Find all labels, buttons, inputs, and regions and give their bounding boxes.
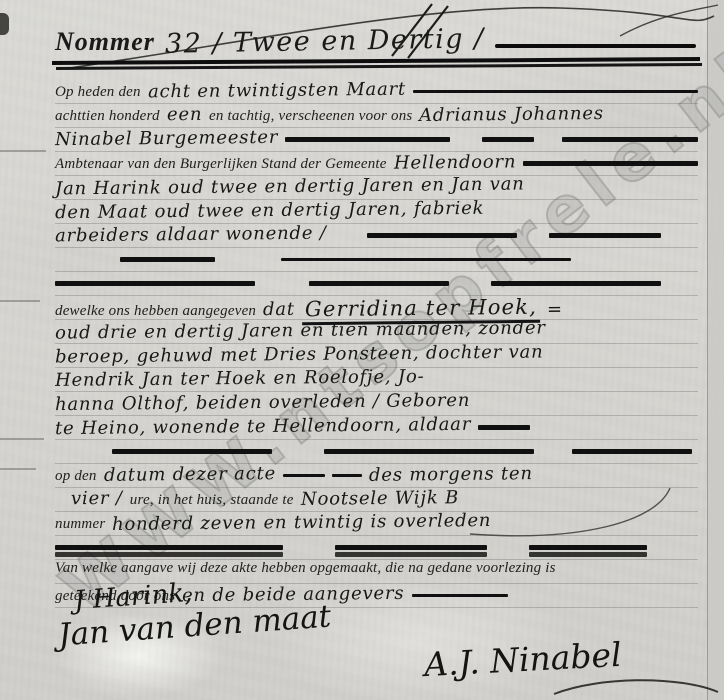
handwritten-text: Ninabel Burgemeester bbox=[55, 127, 278, 150]
handwritten-text: hanna Olthof, beiden overleden / Geboren bbox=[55, 390, 470, 415]
spacer bbox=[334, 239, 360, 240]
fill-in-rule bbox=[55, 281, 255, 286]
printed-text: Ambtenaar van den Burgerlijken Stand der… bbox=[55, 156, 387, 173]
fill-in-rule bbox=[482, 137, 534, 142]
handwritten-text: arbeiders aldaar wonende / bbox=[55, 223, 327, 247]
line-deceased-name: dewelke ons hebben aangegevendatGerridin… bbox=[55, 296, 698, 320]
line-filler-rules bbox=[55, 440, 698, 464]
signature: A.J. Ninabel bbox=[423, 635, 622, 684]
handwritten-text: honderd zeven en twintig is overleden bbox=[112, 510, 491, 535]
line-deceased-residence: te Heino, wonende te Hellendoorn, aldaar bbox=[55, 416, 698, 440]
separator-rule bbox=[52, 57, 700, 65]
margin-rule bbox=[0, 150, 46, 152]
printed-text: nummer bbox=[55, 516, 105, 533]
margin-rule bbox=[0, 300, 40, 302]
fill-in-rule bbox=[285, 137, 450, 142]
line-declarant-2: den Maat oud twee en dertig Jaren, fabri… bbox=[55, 200, 698, 224]
handwritten-text: een bbox=[167, 104, 203, 125]
handwritten-text: Jan Harink oud twee en dertig Jaren en J… bbox=[55, 174, 525, 200]
line-registrar-name: Ninabel Burgemeester bbox=[55, 128, 698, 152]
printed-text: en tachtig, verscheenen voor ons bbox=[209, 108, 412, 125]
fill-in-rule bbox=[120, 257, 215, 262]
binding-mark bbox=[0, 13, 9, 35]
fill-in-rule bbox=[572, 449, 692, 454]
fill-in-rule bbox=[529, 545, 647, 550]
record-number-line: Nommer 32 / Twee en Dertig / bbox=[55, 26, 696, 57]
spacer bbox=[524, 239, 542, 240]
line-registrar-title: Ambtenaar van den Burgerlijken Stand der… bbox=[55, 152, 698, 176]
printed-text: achttien honderd bbox=[55, 108, 160, 125]
fill-in-rule bbox=[332, 474, 362, 477]
fill-in-rule bbox=[491, 281, 661, 286]
fill-in-rule bbox=[562, 137, 698, 142]
margin-rule bbox=[0, 438, 44, 440]
handwritten-text: des morgens ten bbox=[369, 463, 533, 486]
fill-in-rule bbox=[283, 474, 325, 477]
fill-in-rule bbox=[335, 545, 487, 550]
spacer bbox=[541, 143, 555, 144]
handwritten-text: datum dezer acte bbox=[104, 463, 276, 486]
fill-in-rule bbox=[478, 425, 530, 430]
printed-text: Van welke aangave wij deze akte hebben o… bbox=[55, 560, 556, 577]
line-house-number: nummerhonderd zeven en twintig is overle… bbox=[55, 512, 698, 536]
line-declarant-3: arbeiders aldaar wonende / bbox=[55, 224, 698, 248]
line-deceased-parents-1: Hendrik Jan ter Hoek en Roelofje, Jo- bbox=[55, 368, 698, 392]
spacer bbox=[494, 536, 522, 537]
line-deceased-spouse: beroep, gehuwd met Dries Ponsteen, docht… bbox=[55, 344, 698, 368]
line-deceased-age: oud drie en dertig Jaren en tien maanden… bbox=[55, 320, 698, 344]
line-year-officials: achttien honderdeenen tachtig, verscheen… bbox=[55, 104, 698, 128]
spacer bbox=[262, 272, 302, 273]
spacer bbox=[279, 440, 317, 441]
spacer bbox=[222, 248, 274, 249]
fill-in-rule bbox=[495, 44, 696, 48]
handwritten-text: = bbox=[547, 299, 563, 320]
fill-in-rule bbox=[367, 233, 517, 238]
handwritten-text: oud drie en dertig Jaren en tien maanden… bbox=[55, 317, 546, 343]
handwritten-text: beroep, gehuwd met Dries Ponsteen, docht… bbox=[55, 341, 544, 367]
line-deceased-parents-2: hanna Olthof, beiden overleden / Geboren bbox=[55, 392, 698, 416]
record-number-label: Nommer bbox=[55, 27, 155, 57]
handwritten-text: te Heino, wonende te Hellendoorn, aldaar bbox=[55, 414, 471, 439]
spacer bbox=[457, 143, 475, 144]
line-filler-rules bbox=[55, 272, 698, 296]
handwritten-text: dat bbox=[263, 299, 295, 320]
handwritten-text: acht en twintigsten Maart bbox=[148, 79, 406, 103]
handwritten-text: Hellendoorn bbox=[394, 151, 517, 173]
handwritten-text: vier / bbox=[71, 488, 123, 510]
printed-text: dewelke ons hebben aangegeven bbox=[55, 303, 256, 320]
line-death-hour-place: vier /ure, in het huis, staande teNootse… bbox=[55, 488, 698, 512]
line-declarant-1: Jan Harink oud twee en dertig Jaren en J… bbox=[55, 176, 698, 200]
handwritten-text: Hendrik Jan ter Hoek en Roelofje, Jo- bbox=[55, 366, 425, 391]
fill-in-rule bbox=[523, 161, 698, 166]
fill-in-rule bbox=[55, 545, 283, 550]
fill-in-rule bbox=[413, 90, 698, 93]
line-filler-rules bbox=[55, 248, 698, 272]
fill-in-rule bbox=[309, 281, 449, 286]
fill-in-rule bbox=[324, 449, 534, 454]
fill-in-rule bbox=[549, 233, 661, 238]
act-body: Op heden denacht en twintigsten Maartach… bbox=[55, 80, 698, 608]
fill-in-rule bbox=[412, 594, 508, 597]
line-death-date: op dendatum dezer actedes morgens ten bbox=[55, 464, 698, 488]
handwritten-text: Nootsele Wijk B bbox=[300, 487, 458, 510]
spacer bbox=[55, 440, 105, 441]
printed-text: ure, in het huis, staande te bbox=[130, 492, 294, 509]
line-filler-rules bbox=[55, 536, 698, 560]
spacer bbox=[456, 272, 484, 273]
spacer bbox=[541, 440, 565, 441]
printed-text: Op heden den bbox=[55, 84, 141, 101]
record-number-value: 32 / Twee en Dertig / bbox=[165, 23, 485, 60]
line-date: Op heden denacht en twintigsten Maart bbox=[55, 80, 698, 104]
page-edge bbox=[707, 0, 724, 700]
spacer bbox=[55, 248, 113, 249]
fill-in-rule bbox=[281, 258, 571, 261]
spacer bbox=[290, 536, 328, 537]
document-scan: { "page": { "bg_color": "#d6d5d1", "ink_… bbox=[0, 0, 724, 700]
margin-rule bbox=[0, 468, 36, 470]
handwritten-text: den Maat oud twee en dertig Jaren, fabri… bbox=[55, 198, 485, 223]
fill-in-rule bbox=[112, 449, 272, 454]
handwritten-text: Adrianus Johannes bbox=[419, 103, 604, 126]
printed-text: op den bbox=[55, 468, 97, 485]
